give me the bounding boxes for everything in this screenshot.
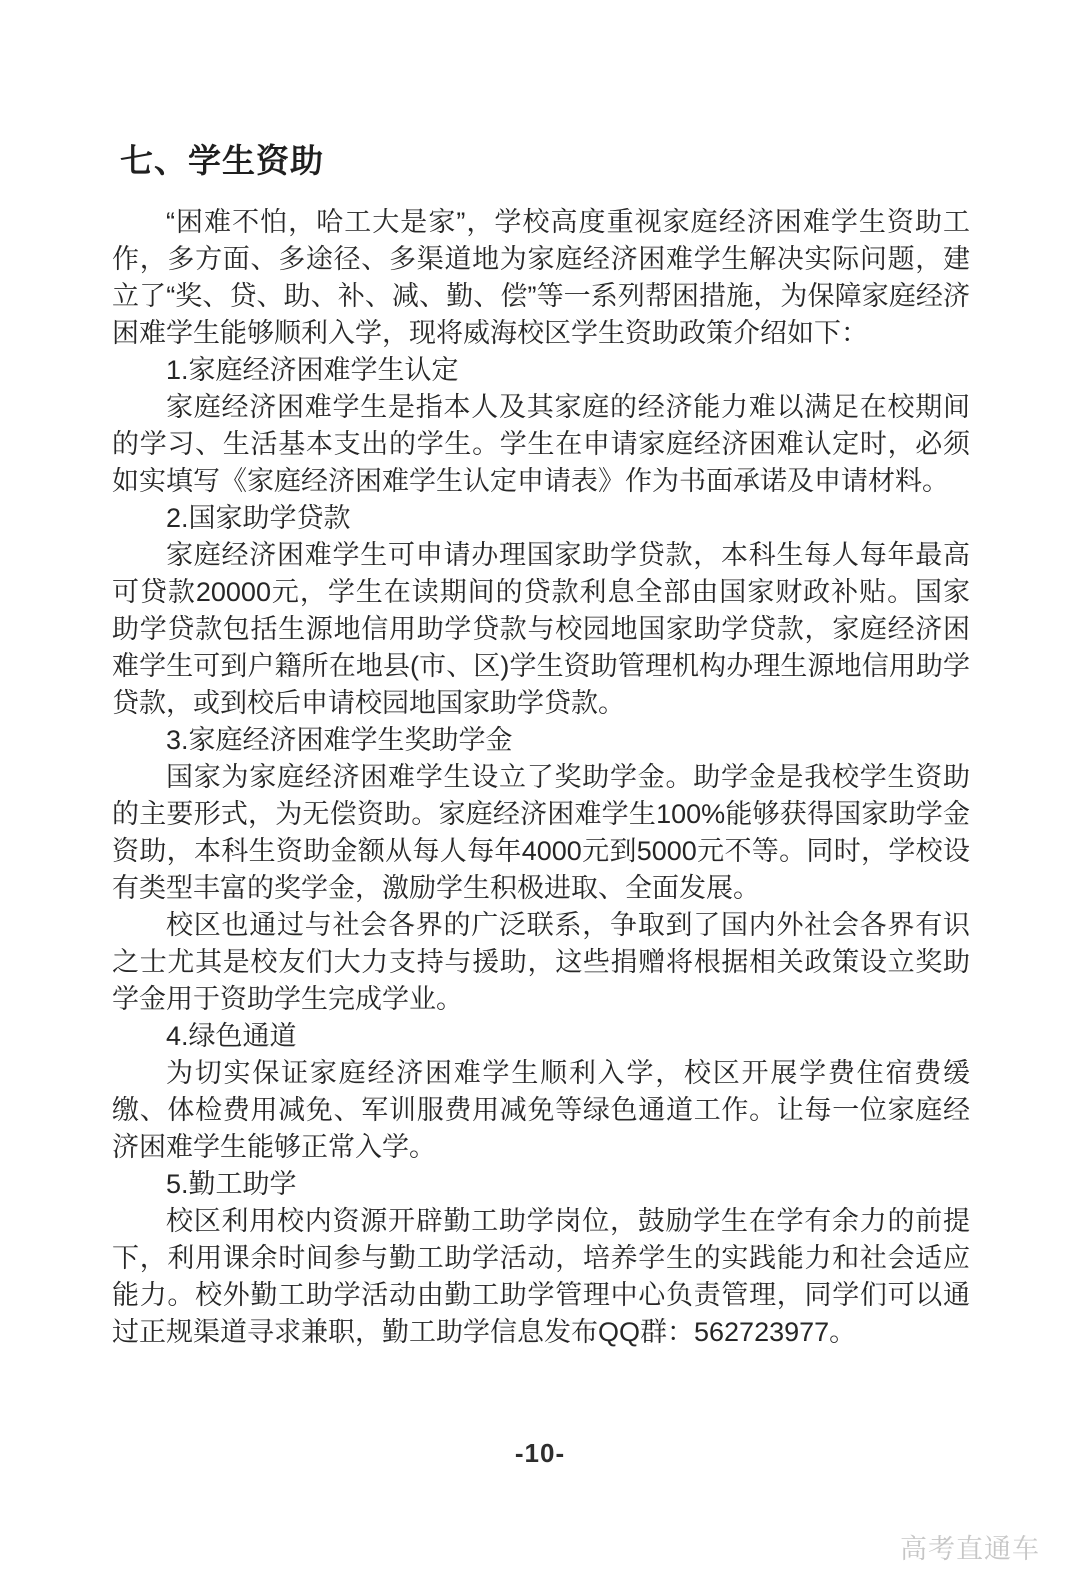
document-body: “困难不怕，哈工大是家”，学校高度重视家庭经济困难学生资助工作，多方面、多途径、… <box>112 204 970 1351</box>
section-2-paragraph: 家庭经济困难学生可申请办理国家助学贷款，本科生每人每年最高可贷款20000元，学… <box>112 537 970 722</box>
section-1-paragraph: 家庭经济困难学生是指本人及其家庭的经济能力难以满足在校期间的学习、生活基本支出的… <box>112 389 970 500</box>
section-3-paragraph-2: 校区也通过与社会各界的广泛联系，争取到了国内外社会各界有识之士尤其是校友们大力支… <box>112 907 970 1018</box>
document-page: 七、学生资助 “困难不怕，哈工大是家”，学校高度重视家庭经济困难学生资助工作，多… <box>0 0 1080 1588</box>
page-footer: -10- <box>0 1438 1080 1469</box>
intro-paragraph: “困难不怕，哈工大是家”，学校高度重视家庭经济困难学生资助工作，多方面、多途径、… <box>112 204 970 352</box>
section-5-heading: 5.勤工助学 <box>112 1166 970 1203</box>
section-2-heading: 2.国家助学贷款 <box>112 500 970 537</box>
section-1-heading: 1.家庭经济困难学生认定 <box>112 352 970 389</box>
page-title: 七、学生资助 <box>120 135 970 182</box>
section-3-heading: 3.家庭经济困难学生奖助学金 <box>112 722 970 759</box>
section-5-paragraph: 校区利用校内资源开辟勤工助学岗位，鼓励学生在学有余力的前提下，利用课余时间参与勤… <box>112 1203 970 1351</box>
section-4-paragraph: 为切实保证家庭经济困难学生顺利入学，校区开展学费住宿费缓缴、体检费用减免、军训服… <box>112 1055 970 1166</box>
page-number: -10- <box>515 1438 565 1468</box>
watermark: 高考直通车 <box>900 1527 1040 1566</box>
section-3-paragraph-1: 国家为家庭经济困难学生设立了奖助学金。助学金是我校学生资助的主要形式，为无偿资助… <box>112 759 970 907</box>
section-4-heading: 4.绿色通道 <box>112 1018 970 1055</box>
